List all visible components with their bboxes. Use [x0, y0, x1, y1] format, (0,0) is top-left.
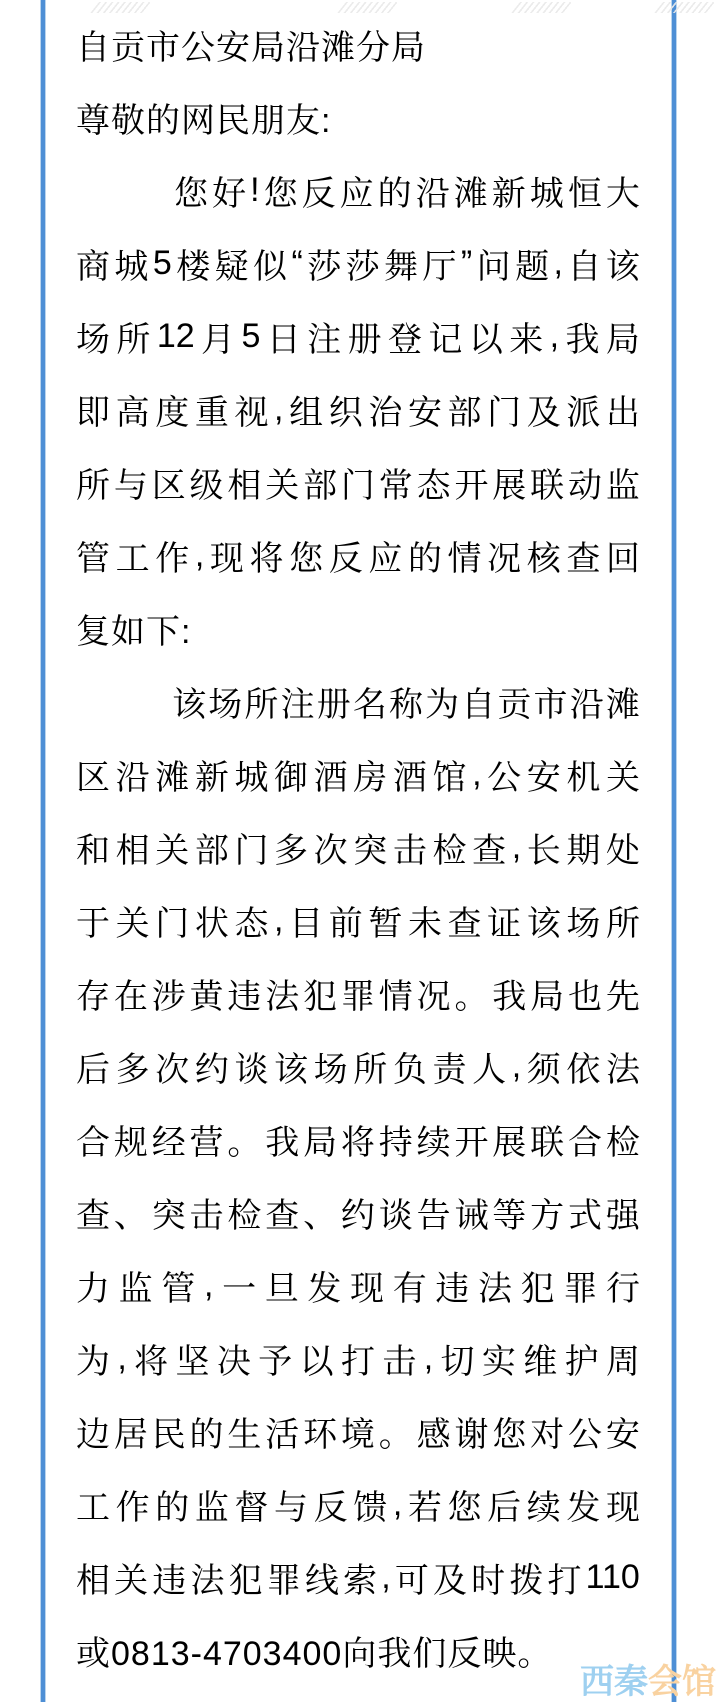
letter-body: 自贡市公安局沿滩分局尊敬的网民朋友:您好!您反应的沿滩新城恒大商城5楼疑似“莎莎…	[76, 8, 640, 1687]
letter-line: 区沿滩新城御酒房酒馆,公安机关	[76, 738, 640, 811]
letter-line: 工作的监督与反馈,若您后续发现	[76, 1468, 640, 1541]
letter-line: 和相关部门多次突击检查,长期处	[76, 811, 640, 884]
letter-line: 管工作,现将您反应的情况核查回	[76, 519, 640, 592]
letter-line: 所与区级相关部门常态开展联动监	[76, 446, 640, 519]
letter-line: 相关违法犯罪线索,可及时拨打110	[76, 1541, 640, 1614]
faint-watermark-mark	[653, 2, 715, 13]
letter-line: 存在涉黄违法犯罪情况。我局也先	[76, 957, 640, 1030]
left-border-line	[40, 0, 46, 1702]
letter-line: 后多次约谈该场所负责人,须依法	[76, 1030, 640, 1103]
letter-line: 该场所注册名称为自贡市沿滩	[76, 665, 640, 738]
letter-line: 边居民的生活环境。感谢您对公安	[76, 1395, 640, 1468]
letter-line: 商城5楼疑似“莎莎舞厅”问题,自该	[76, 227, 640, 300]
bureau-name: 自贡市公安局沿滩分局	[76, 8, 640, 81]
letter-line: 您好!您反应的沿滩新城恒大	[76, 154, 640, 227]
site-watermark: 西秦会馆	[580, 1665, 716, 1699]
letter-line: 场所12月5日注册登记以来,我局	[76, 300, 640, 373]
salutation: 尊敬的网民朋友:	[76, 81, 640, 154]
site-watermark-part1: 西秦	[580, 1663, 648, 1701]
right-border-line	[671, 0, 677, 1702]
letter-line: 于关门状态,目前暂未查证该场所	[76, 884, 640, 957]
letter-line: 复如下:	[76, 592, 640, 665]
letter-line: 查、突击检查、约谈告诫等方式强	[76, 1176, 640, 1249]
letter-line: 力监管,一旦发现有违法犯罪行	[76, 1249, 640, 1322]
letter-line: 为,将坚决予以打击,切实维护周	[76, 1322, 640, 1395]
letter-line: 或0813-4703400向我们反映。	[76, 1614, 640, 1687]
site-watermark-part2: 会馆	[648, 1663, 716, 1701]
reply-letter-page: 自贡市公安局沿滩分局尊敬的网民朋友:您好!您反应的沿滩新城恒大商城5楼疑似“莎莎…	[0, 0, 720, 1706]
letter-line: 即高度重视,组织治安部门及派出	[76, 373, 640, 446]
letter-line: 合规经营。我局将持续开展联合检	[76, 1103, 640, 1176]
